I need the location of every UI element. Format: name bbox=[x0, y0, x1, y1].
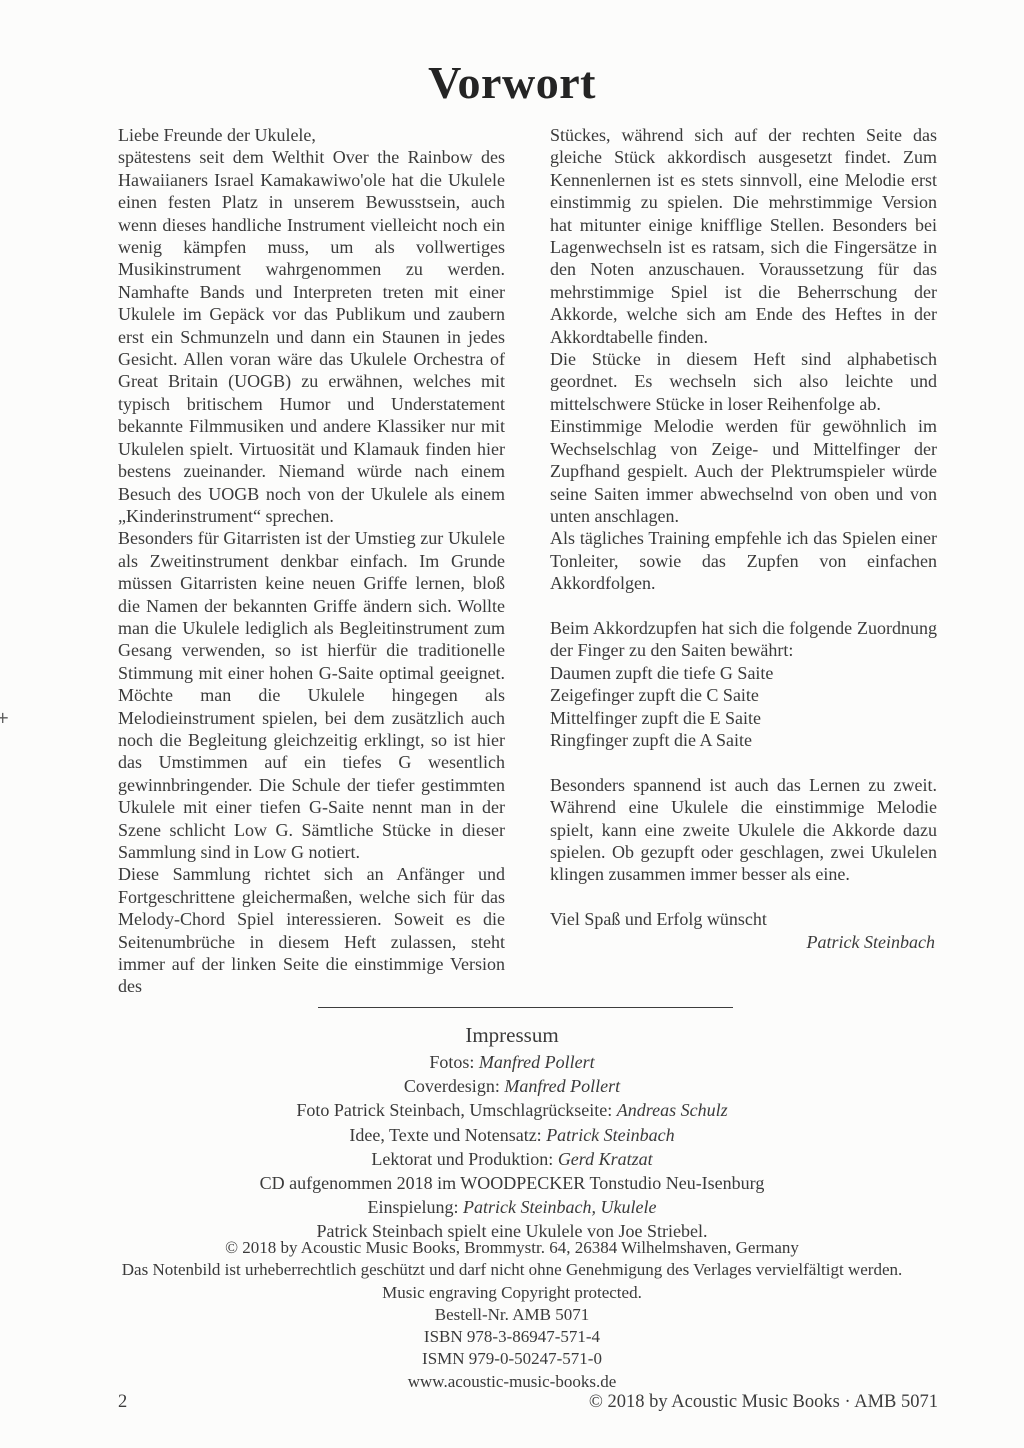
paragraph-finger-intro: Beim Akkordzupfen hat sich die folgende … bbox=[550, 617, 937, 662]
closing-wish: Viel Spaß und Erfolg wünscht bbox=[550, 908, 937, 930]
impressum-value: Manfred Pollert bbox=[504, 1076, 620, 1096]
impressum-value: Andreas Schulz bbox=[617, 1100, 728, 1120]
ismn-number: ISMN 979-0-50247-571-0 bbox=[22, 1348, 1002, 1370]
finger-line-middle: Mittelfinger zupft die E Saite bbox=[550, 707, 937, 729]
impressum-line-idee: Idee, Texte und Notensatz: Patrick Stein… bbox=[0, 1123, 1024, 1147]
copyright-line: Das Notenbild ist urheberrechtlich gesch… bbox=[22, 1259, 1002, 1281]
paragraph-guitarists: Besonders für Gitarristen ist der Umstie… bbox=[118, 527, 505, 863]
impressum-line-lektorat: Lektorat und Produktion: Gerd Kratzat bbox=[0, 1147, 1024, 1171]
footer-copyright: © 2018 by Acoustic Music Books · AMB 507… bbox=[589, 1392, 938, 1413]
paragraph-intro: spätestens seit dem Welthit Over the Rai… bbox=[118, 146, 505, 527]
page-title: Vorwort bbox=[0, 56, 1024, 109]
impressum-line-coverdesign: Coverdesign: Manfred Pollert bbox=[0, 1074, 1024, 1098]
impressum-label: Lektorat und Produktion: bbox=[371, 1149, 553, 1169]
page-number: 2 bbox=[118, 1392, 127, 1413]
impressum-value: Patrick Steinbach bbox=[546, 1125, 674, 1145]
impressum-value: Manfred Pollert bbox=[479, 1052, 595, 1072]
impressum-value: Gerd Kratzat bbox=[558, 1149, 653, 1169]
isbn-number: ISBN 978-3-86947-571-4 bbox=[22, 1326, 1002, 1348]
impressum-label: Fotos: bbox=[429, 1052, 474, 1072]
impressum-label: CD aufgenommen 2018 im WOODPECKER Tonstu… bbox=[260, 1173, 765, 1193]
impressum-line-foto-rueckseite: Foto Patrick Steinbach, Umschlagrückseit… bbox=[0, 1098, 1024, 1122]
impressum-line-fotos: Fotos: Manfred Pollert bbox=[0, 1050, 1024, 1074]
paragraph-order: Die Stücke in diesem Heft sind alphabeti… bbox=[550, 348, 937, 415]
scan-edge-artifact: + bbox=[0, 708, 9, 727]
impressum-title: Impressum bbox=[0, 1022, 1024, 1049]
author-signature: Patrick Steinbach bbox=[550, 931, 937, 953]
paragraph-duet: Besonders spannend ist auch das Lernen z… bbox=[550, 774, 937, 886]
impressum-value: Patrick Steinbach, Ukulele bbox=[463, 1197, 656, 1217]
finger-line-index: Zeigefinger zupft die C Saite bbox=[550, 684, 937, 706]
blank-line bbox=[550, 886, 937, 908]
impressum-label: Foto Patrick Steinbach, Umschlagrückseit… bbox=[296, 1100, 612, 1120]
finger-line-ring: Ringfinger zupft die A Saite bbox=[550, 729, 937, 751]
copyright-line: Music engraving Copyright protected. bbox=[22, 1282, 1002, 1304]
text-columns: Liebe Freunde der Ukulele, spätestens se… bbox=[118, 124, 937, 998]
impressum-line-einspielung: Einspielung: Patrick Steinbach, Ukulele bbox=[0, 1195, 1024, 1219]
blank-line bbox=[550, 751, 937, 773]
left-column: Liebe Freunde der Ukulele, spätestens se… bbox=[118, 124, 505, 998]
impressum-section: Impressum Fotos: Manfred Pollert Coverde… bbox=[0, 1022, 1024, 1244]
impressum-divider bbox=[318, 1007, 733, 1008]
finger-line-thumb: Daumen zupft die tiefe G Saite bbox=[550, 662, 937, 684]
order-number: Bestell-Nr. AMB 5071 bbox=[22, 1304, 1002, 1326]
paragraph-training: Als tägliches Training empfehle ich das … bbox=[550, 527, 937, 594]
page-footer: 2 © 2018 by Acoustic Music Books · AMB 5… bbox=[118, 1392, 938, 1413]
paragraph-melody: Einstimmige Melodie werden für gewöhnlic… bbox=[550, 415, 937, 527]
impressum-label: Einspielung: bbox=[368, 1197, 459, 1217]
copyright-line: © 2018 by Acoustic Music Books, Brommyst… bbox=[22, 1237, 1002, 1259]
impressum-line-cd: CD aufgenommen 2018 im WOODPECKER Tonstu… bbox=[0, 1171, 1024, 1195]
paragraph-salutation: Liebe Freunde der Ukulele, bbox=[118, 124, 505, 146]
impressum-label: Coverdesign: bbox=[404, 1076, 500, 1096]
copyright-block: © 2018 by Acoustic Music Books, Brommyst… bbox=[22, 1237, 1002, 1393]
paragraph-pieces: Stückes, während sich auf der rechten Se… bbox=[550, 124, 937, 348]
paragraph-collection: Diese Sammlung richtet sich an Anfänger … bbox=[118, 863, 505, 997]
publisher-website: www.acoustic-music-books.de bbox=[22, 1371, 1002, 1393]
right-column: Stückes, während sich auf der rechten Se… bbox=[550, 124, 937, 998]
blank-line bbox=[550, 595, 937, 617]
impressum-label: Idee, Texte und Notensatz: bbox=[349, 1125, 541, 1145]
